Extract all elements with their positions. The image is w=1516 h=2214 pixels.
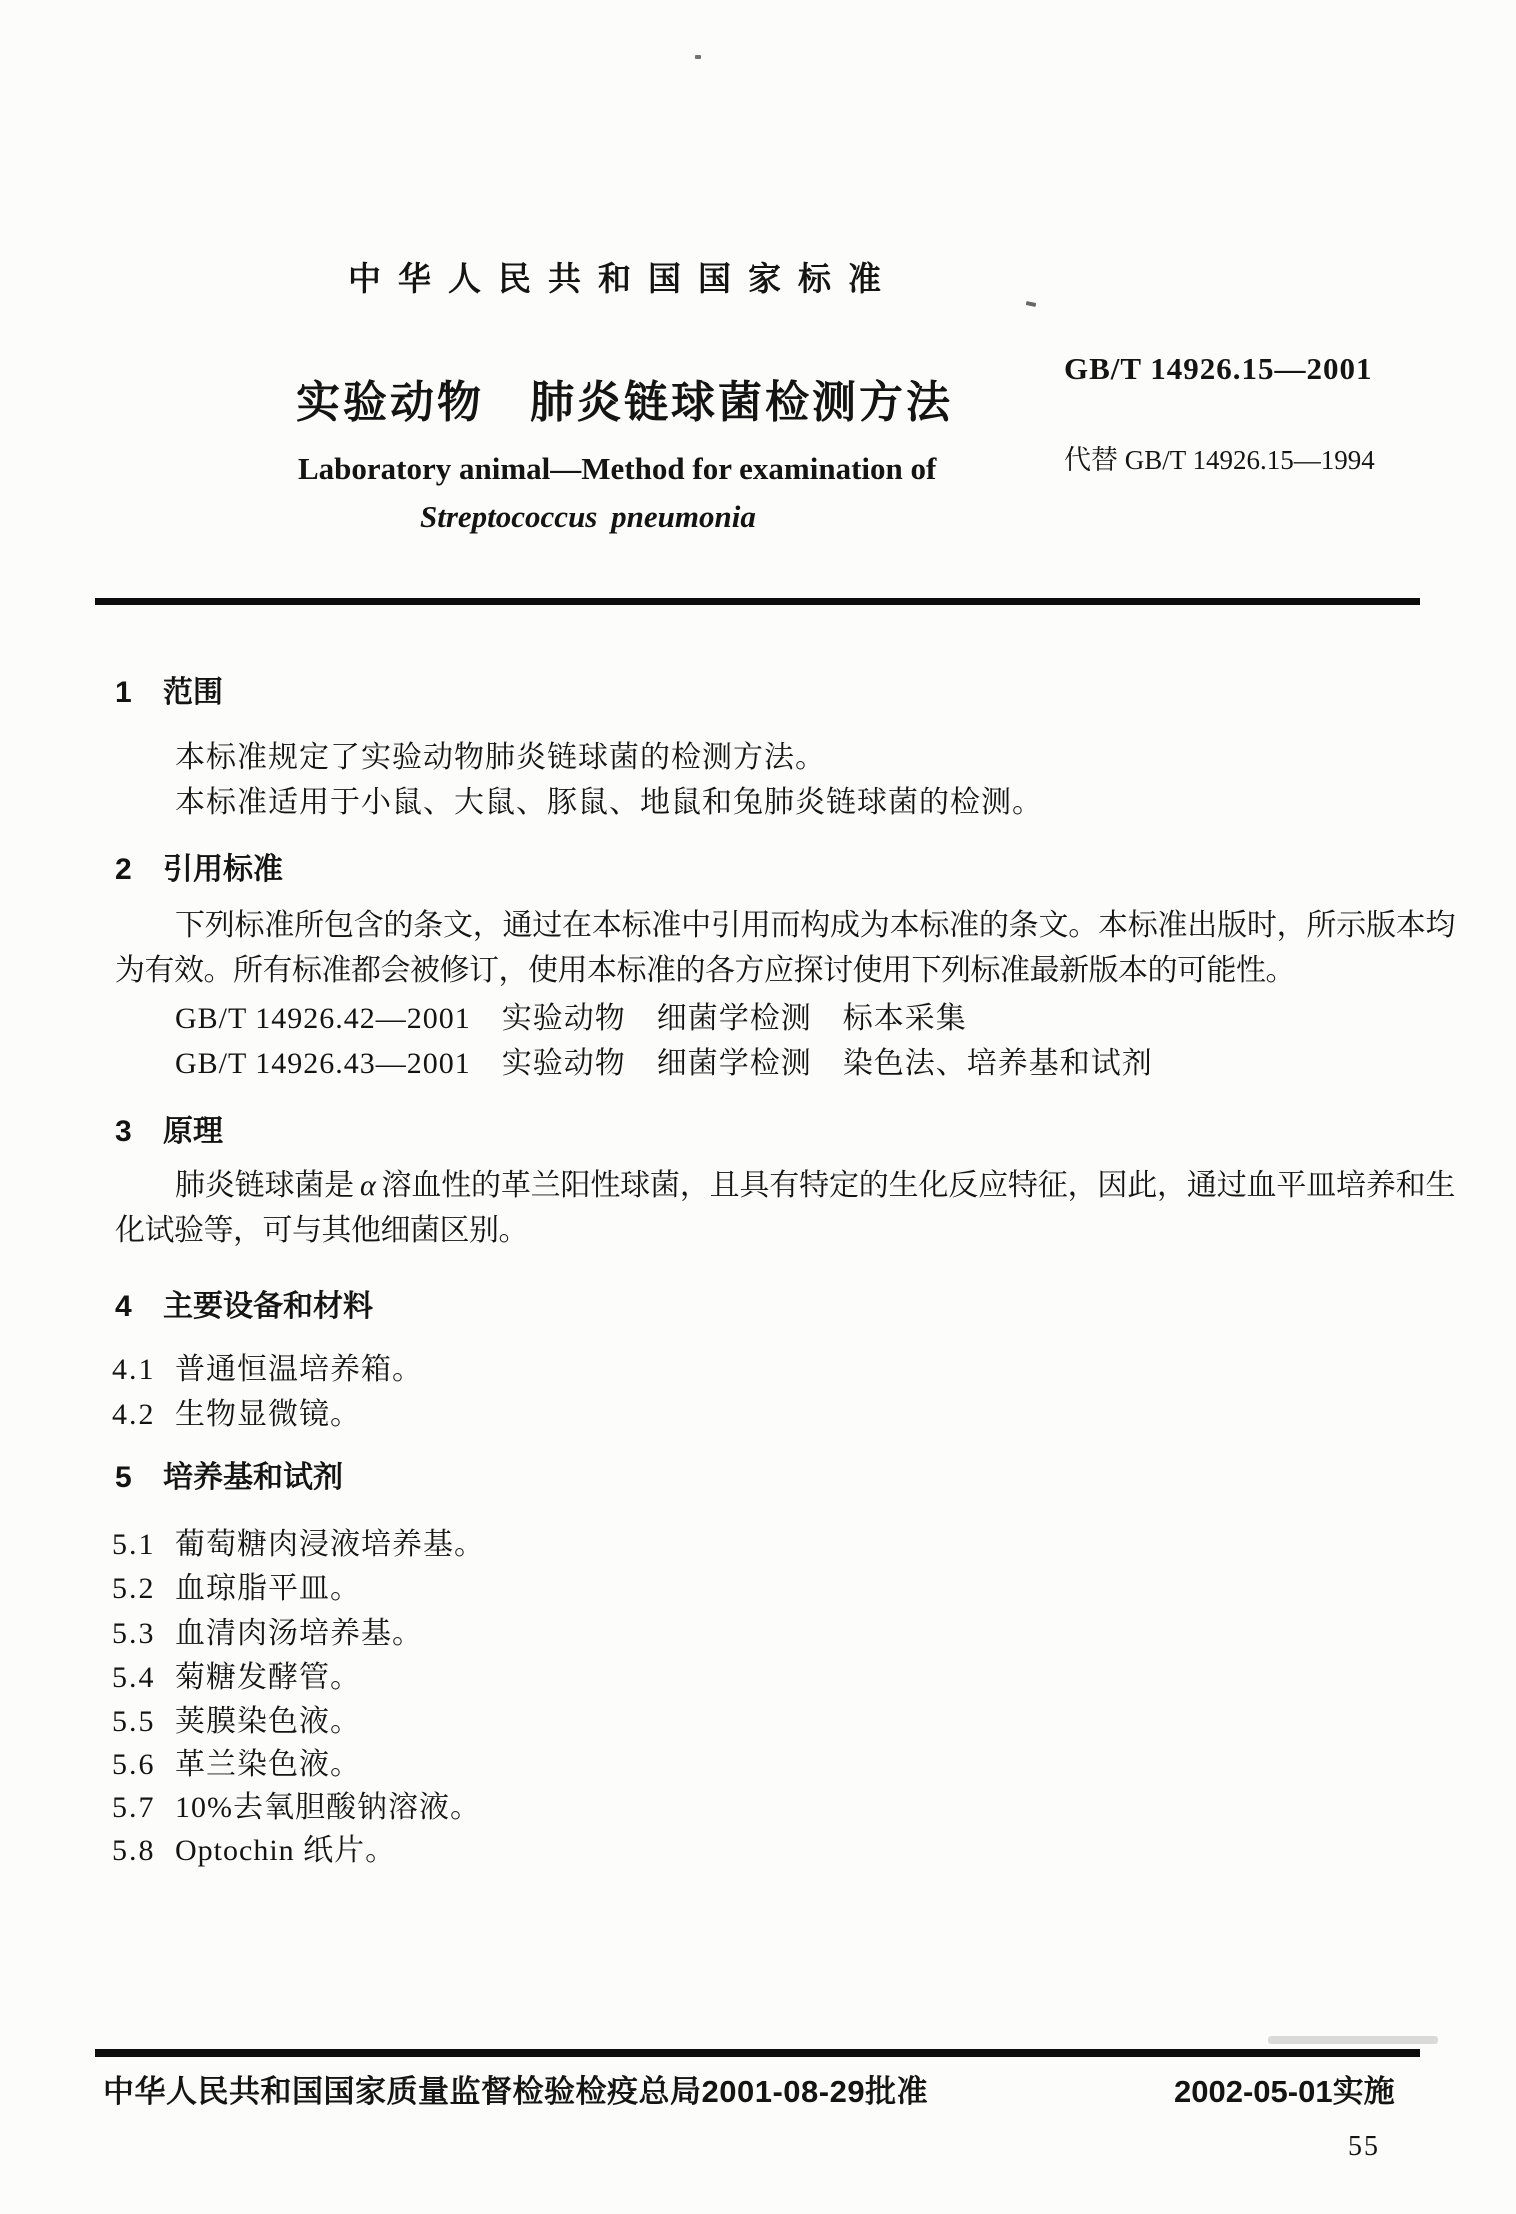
section-title: 培养基和试剂: [163, 1461, 343, 1494]
section-number: 1: [115, 676, 163, 710]
clause-number: 5.6: [112, 1748, 175, 1782]
clause-2-intro: 下列标准所包含的条文，通过在本标准中引用而构成为本标准的条文。本标准出版时，所示…: [115, 903, 1455, 993]
section-number: 3: [115, 1115, 163, 1149]
clause-number: 5.3: [112, 1617, 175, 1651]
clause-number: 5.4: [112, 1661, 175, 1695]
page-number: 55: [1348, 2131, 1380, 2163]
clause-4-1: 4.1普通恒温培养箱。: [112, 1344, 423, 1388]
supersedes-note: 代替 GB/T 14926.15—1994: [1064, 438, 1375, 477]
clause-1-paragraph-2: 本标准适用于小鼠、大鼠、豚鼠、地鼠和兔肺炎链球菌的检测。: [175, 777, 1043, 821]
title-cn-part1: 实验动物: [296, 378, 484, 427]
document-page: 中华人民共和国国家标准 实验动物肺炎链球菌检测方法 GB/T 14926.15—…: [0, 0, 1516, 2214]
section-title: 引用标准: [163, 853, 283, 886]
section-number: 4: [115, 1290, 163, 1324]
clause-1-paragraph-1: 本标准规定了实验动物肺炎链球菌的检测方法。: [175, 732, 826, 776]
clause-number: 4.1: [112, 1353, 175, 1387]
alpha-symbol: α: [354, 1169, 381, 1202]
document-title-cn: 实验动物肺炎链球菌检测方法: [296, 366, 953, 430]
clause-number: 5.1: [112, 1528, 175, 1562]
scan-speck: [1026, 301, 1037, 307]
scan-smudge: [1268, 2036, 1438, 2044]
title-cn-part2: 肺炎链球菌检测方法: [530, 378, 953, 427]
clause-text: 生物显微镜。: [175, 1398, 361, 1431]
clause-5-2: 5.2血琼脂平皿。: [112, 1563, 361, 1607]
clause-5-4: 5.4菊糖发酵管。: [112, 1652, 361, 1696]
scan-speck: [695, 55, 701, 59]
approval-statement: 中华人民共和国国家质量监督检验检疫总局2001-08-29批准: [103, 2066, 928, 2111]
clause-text: 10%去氧胆酸钠溶液。: [175, 1791, 481, 1824]
section-5-heading: 5培养基和试剂: [115, 1452, 343, 1496]
clause-number: 4.2: [112, 1398, 175, 1432]
implementation-date: 2002-05-01实施: [1174, 2066, 1395, 2111]
clause-3-intro: 肺炎链球菌是α溶血性的革兰阳性球菌，且具有特定的生化反应特征，因此，通过血平皿培…: [115, 1163, 1455, 1253]
clause-number: 5.2: [112, 1572, 175, 1606]
clause-text: 荚膜染色液。: [175, 1705, 361, 1738]
clause-text: 葡萄糖肉浸液培养基。: [175, 1528, 485, 1561]
clause-5-7: 5.710%去氧胆酸钠溶液。: [112, 1782, 481, 1826]
section-4-heading: 4主要设备和材料: [115, 1281, 373, 1325]
clause-5-3: 5.3血清肉汤培养基。: [112, 1608, 423, 1652]
document-title-en-line1: Laboratory animal—Method for examination…: [298, 451, 936, 487]
section-3-heading: 3原理: [115, 1106, 223, 1150]
clause-number: 5.8: [112, 1834, 175, 1868]
standard-number: GB/T 14926.15—2001: [1064, 351, 1373, 387]
clause-5-1: 5.1葡萄糖肉浸液培养基。: [112, 1519, 485, 1563]
clause-5-8: 5.8Optochin 纸片。: [112, 1825, 396, 1869]
clause-text: Optochin 纸片。: [175, 1834, 396, 1867]
section-title: 原理: [163, 1115, 223, 1148]
national-standard-label: 中华人民共和国国家标准: [348, 253, 898, 300]
clause-text: 血琼脂平皿。: [175, 1572, 361, 1605]
clause-4-2: 4.2生物显微镜。: [112, 1389, 361, 1433]
section-number: 5: [115, 1461, 163, 1495]
reference-1: GB/T 14926.42—2001 实验动物 细菌学检测 标本采集: [175, 993, 967, 1037]
section-2-heading: 2引用标准: [115, 844, 283, 888]
section-title: 主要设备和材料: [163, 1290, 373, 1323]
footer-rule: [95, 2049, 1420, 2057]
clause-text: 普通恒温培养箱。: [175, 1353, 423, 1386]
section-title: 范围: [163, 676, 223, 709]
clause-5-6: 5.6革兰染色液。: [112, 1739, 361, 1783]
header-rule: [95, 598, 1420, 605]
clause-5-5: 5.5荚膜染色液。: [112, 1696, 361, 1740]
document-title-en-line2: Streptococcus pneumonia: [420, 499, 756, 535]
section-1-heading: 1范围: [115, 667, 223, 711]
clause-3-text-pre: 肺炎链球菌是: [175, 1169, 354, 1202]
clause-number: 5.7: [112, 1791, 175, 1825]
reference-2: GB/T 14926.43—2001 实验动物 细菌学检测 染色法、培养基和试剂: [175, 1038, 1153, 1082]
clause-number: 5.5: [112, 1705, 175, 1739]
section-number: 2: [115, 853, 163, 887]
clause-text: 血清肉汤培养基。: [175, 1617, 423, 1650]
clause-text: 菊糖发酵管。: [175, 1661, 361, 1694]
clause-text: 革兰染色液。: [175, 1748, 361, 1781]
